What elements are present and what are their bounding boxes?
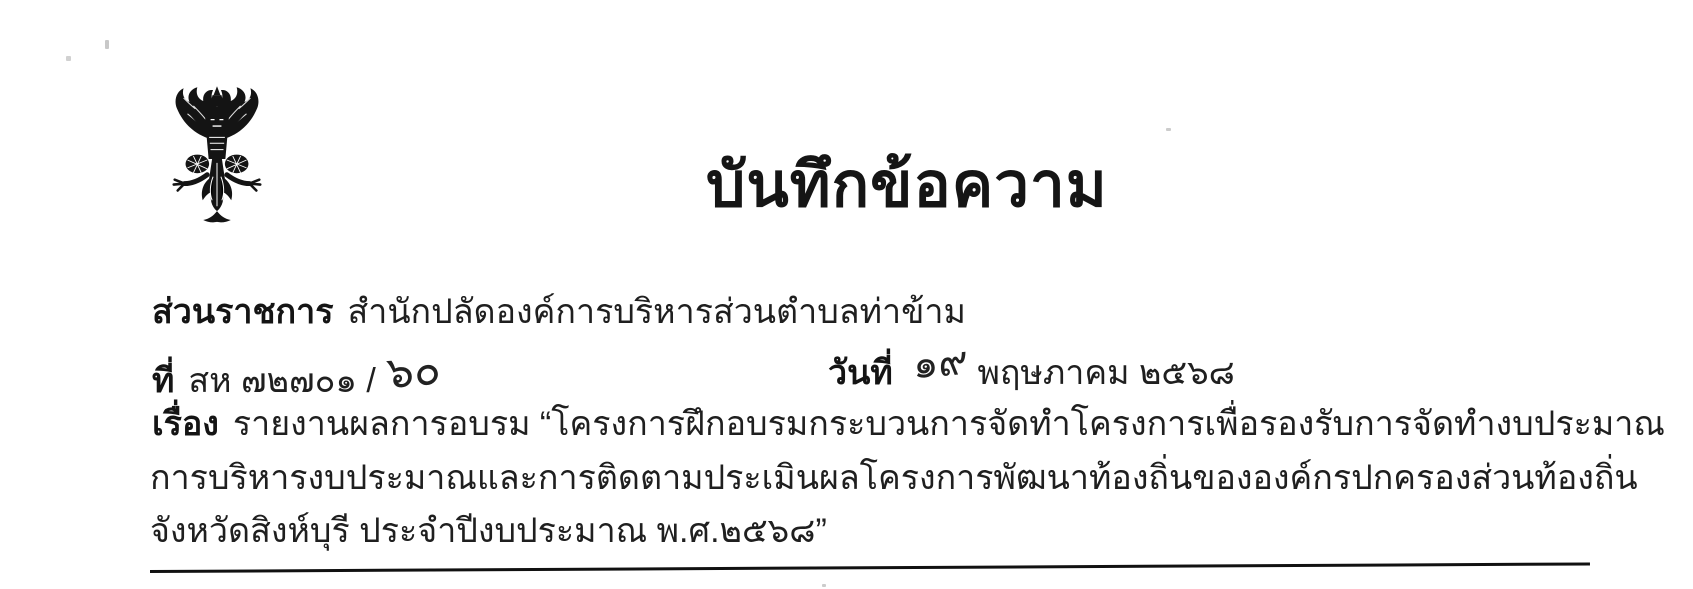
scan-speck [105, 40, 109, 49]
scan-speck [66, 56, 71, 61]
agency-line: ส่วนราชการสำนักปลัดองค์การบริหารส่วนตำบล… [152, 284, 966, 338]
agency-value: สำนักปลัดองค์การบริหารส่วนตำบลท่าข้าม [347, 293, 965, 331]
page-title: บันทึกข้อความ [706, 136, 1108, 234]
date-label: วันที่ [828, 354, 893, 392]
memo-page: บันทึกข้อความ ส่วนราชการสำนักปลัดองค์การ… [0, 0, 1693, 589]
scan-speck [822, 584, 826, 587]
subject-text-2: การบริหารงบประมาณและการติดตามประเมินผลโค… [150, 459, 1638, 497]
date-value: พฤษภาคม ๒๕๖๘ [977, 354, 1234, 392]
subject-line: เรื่องรายงานผลการอบรม “โครงการฝึกอบรมกระ… [152, 396, 1665, 450]
doc-number-value: สห ๗๒๗๐๑ / [188, 362, 375, 400]
agency-label: ส่วนราชการ [152, 293, 333, 331]
subject-label: เรื่อง [152, 405, 219, 443]
subject-text-3: จังหวัดสิงห์บุรี ประจำปีงบประมาณ พ.ศ.๒๕๖… [150, 512, 827, 550]
divider-line [150, 562, 1590, 573]
date-day-handwritten: ๑๙ [912, 328, 968, 397]
garuda-emblem-icon [158, 86, 276, 232]
date-line: วันที่๑๙พฤษภาคม ๒๕๖๘ [828, 338, 1235, 402]
doc-number-label: ที่ [152, 362, 174, 400]
subject-text-1: รายงานผลการอบรม “โครงการฝึกอบรมกระบวนการ… [233, 405, 1665, 443]
subject-continuation: จังหวัดสิงห์บุรี ประจำปีงบประมาณ พ.ศ.๒๕๖… [150, 503, 827, 557]
subject-continuation: การบริหารงบประมาณและการติดตามประเมินผลโค… [150, 450, 1638, 504]
scan-speck [1166, 128, 1171, 131]
